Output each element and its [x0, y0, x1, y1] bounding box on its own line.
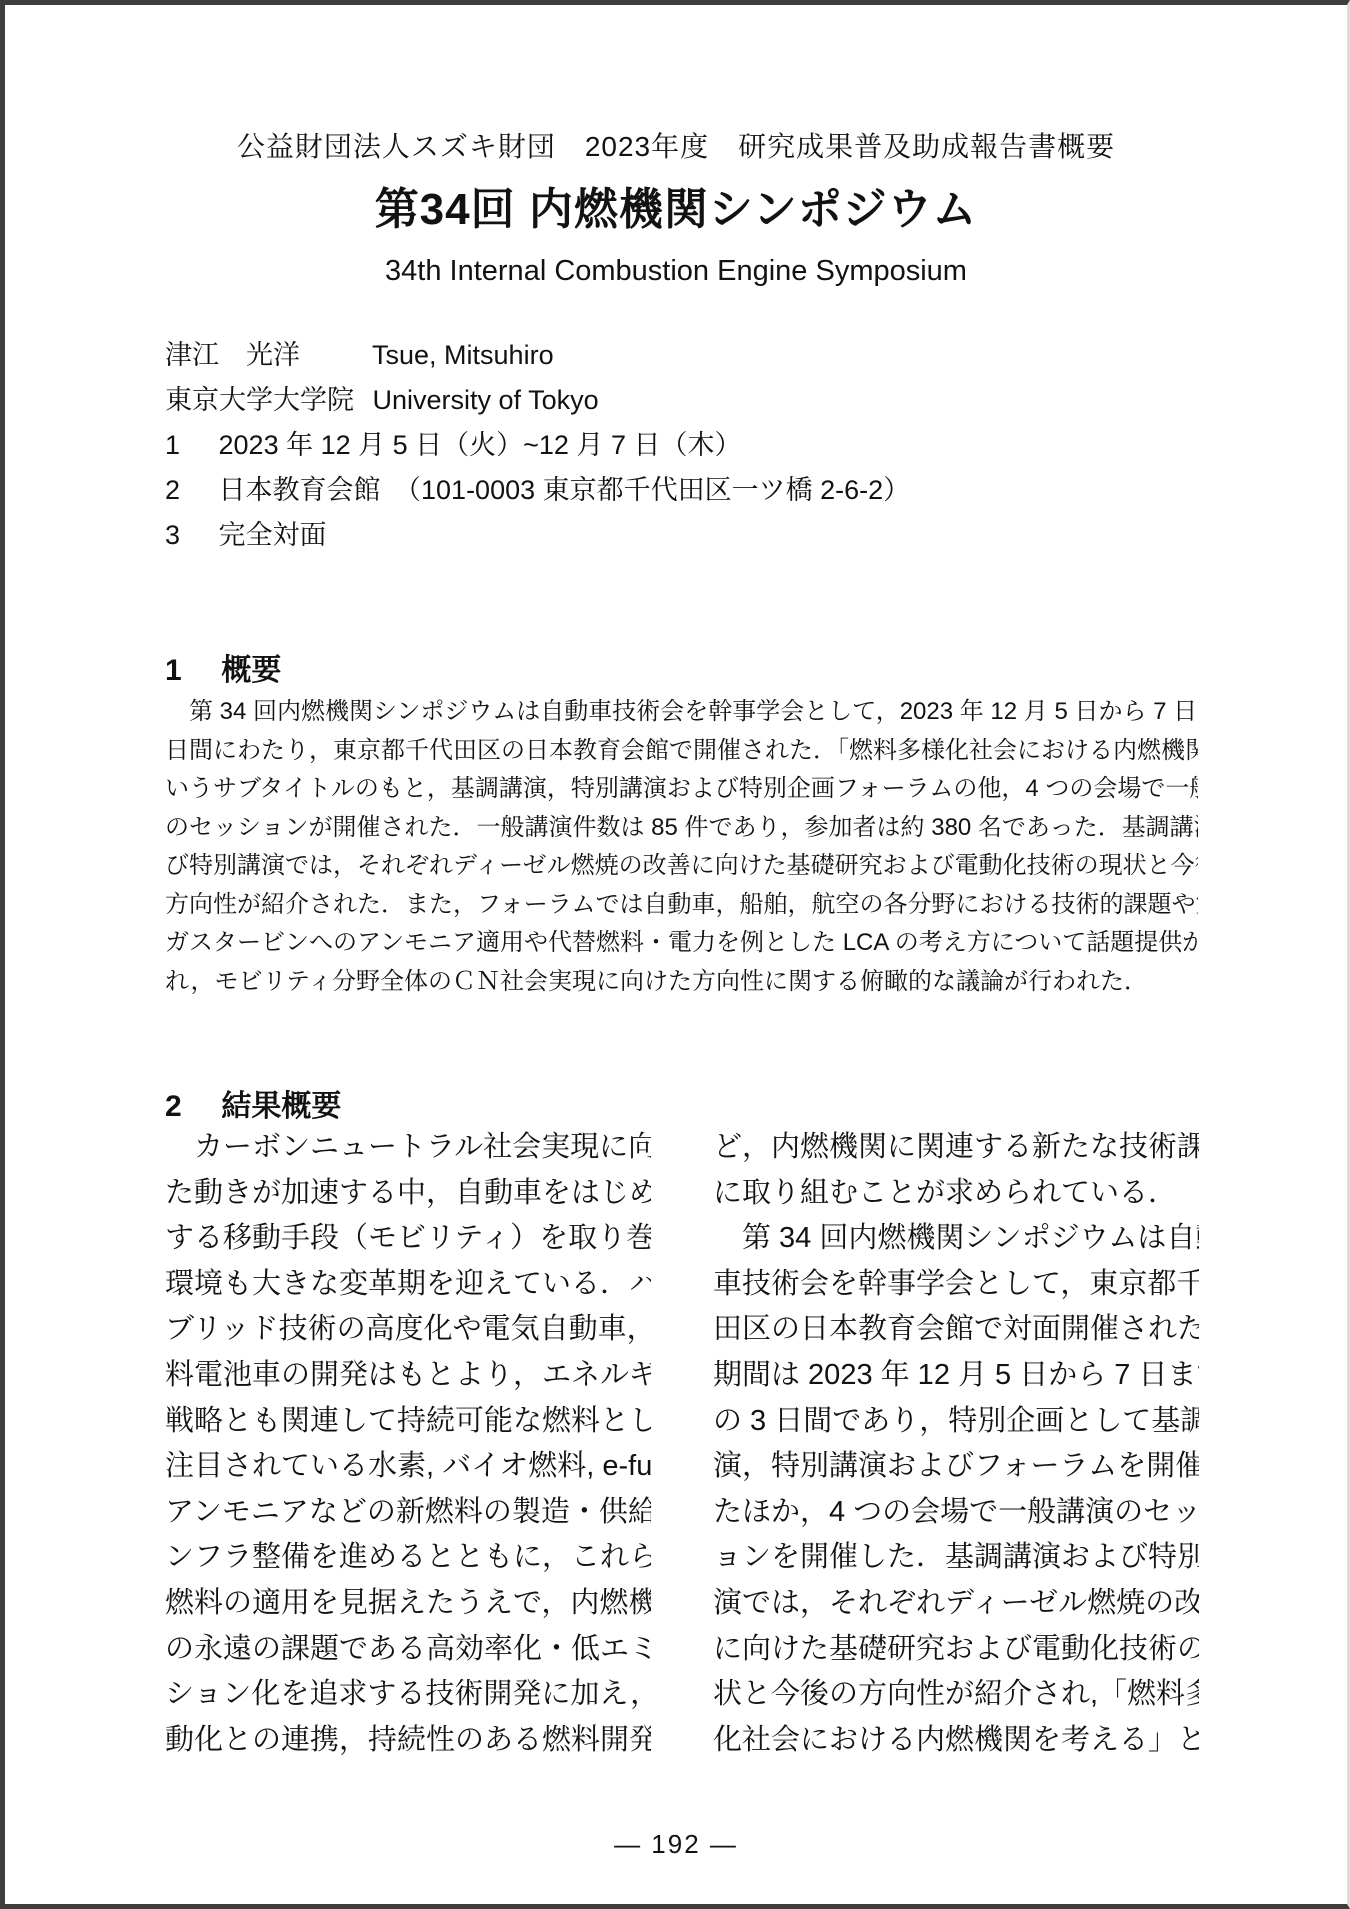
author-name-en: Tsue, Mitsuhiro [372, 340, 554, 370]
section2-title: 結果概要 [221, 1090, 341, 1123]
section1-heading: 1 概要 [165, 645, 281, 689]
text-line: ンフラ整備を進めるとともに，これら新 [165, 1535, 651, 1581]
affiliation-en: University of Tokyo [373, 385, 599, 415]
text-line: 演，特別講演およびフォーラムを開催し [713, 1444, 1199, 1490]
section1-number: 1 [165, 654, 213, 688]
text-line: ョンを開催した．基調講演および特別講 [713, 1535, 1199, 1581]
affiliation-jp: 東京大学大学院 [165, 378, 365, 423]
page-title: 第34回 内燃機関シンポジウム [5, 173, 1347, 237]
text-line: 注目されている水素, バイオ燃料, e-fuel, [165, 1444, 651, 1490]
format-row: 3 完全対面 [165, 513, 910, 558]
page-subtitle: 34th Internal Combustion Engine Symposiu… [5, 255, 1347, 288]
text-line: 車技術会を幹事学会として，東京都千代 [713, 1262, 1199, 1308]
text-line: の 3 日間であり，特別企画として基調講 [713, 1399, 1199, 1445]
text-line: 戦略とも関連して持続可能な燃料として [165, 1399, 651, 1445]
report-page: 公益財団法人スズキ財団 2023年度 研究成果普及助成報告書概要 第34回 内燃… [0, 0, 1350, 1909]
text-line: する移動手段（モビリティ）を取り巻く [165, 1216, 651, 1262]
item-number: 1 [165, 423, 211, 468]
section2-number: 2 [165, 1090, 213, 1124]
text-line: 田区の日本教育会館で対面開催された． [713, 1307, 1199, 1353]
text-line: 状と今後の方向性が紹介され,「燃料多様 [713, 1672, 1199, 1718]
text-line: ション化を追求する技術開発に加え，電 [165, 1672, 651, 1718]
text-line: 第 34 回内燃機関シンポジウムは自動車技術会を幹事学会として，2023 年 1… [165, 693, 1198, 732]
text-line: アンモニアなどの新燃料の製造・供給イ [165, 1490, 651, 1536]
text-line: た動きが加速する中，自動車をはじめと [165, 1171, 651, 1217]
affiliation-row: 東京大学大学院 University of Tokyo [165, 378, 910, 423]
series-header: 公益財団法人スズキ財団 2023年度 研究成果普及助成報告書概要 [5, 125, 1347, 165]
text-line: の永遠の課題である高効率化・低エミッ [165, 1627, 651, 1673]
venue-row: 2 日本教育会館 （101-0003 東京都千代田区一ツ橋 2-6-2） [165, 468, 910, 513]
text-line: カーボンニュートラル社会実現に向け [165, 1125, 651, 1171]
text-line: 環境も大きな変革期を迎えている．ハイ [165, 1262, 651, 1308]
event-date: 2023 年 12 月 5 日（火）~12 月 7 日（木） [219, 430, 742, 460]
event-date-row: 1 2023 年 12 月 5 日（火）~12 月 7 日（木） [165, 423, 910, 468]
text-line: 演では，それぞれディーゼル燃焼の改善 [713, 1581, 1199, 1627]
author-name-jp: 津江 光洋 [165, 333, 365, 378]
venue: 日本教育会館 （101-0003 東京都千代田区一ツ橋 2-6-2） [219, 475, 911, 505]
text-line: ガスタービンへのアンモニア適用や代替燃料・電力を例とした LCA の考え方につい… [165, 924, 1198, 963]
item-number: 3 [165, 513, 211, 558]
text-line: 燃料の適用を見据えたうえで，内燃機関 [165, 1581, 651, 1627]
text-line: いうサブタイトルのもと，基調講演，特別講演および特別企画フォーラムの他，4 つの… [165, 770, 1198, 809]
text-line: 動化との連携，持続性のある燃料開発な [165, 1718, 651, 1764]
text-line: び特別講演では，それぞれディーゼル燃焼の改善に向けた基礎研究および電動化技術の現… [165, 847, 1198, 886]
text-line: ど，内燃機関に関連する新たな技術課題 [713, 1125, 1199, 1171]
text-line: 日間にわたり，東京都千代田区の日本教育会館で開催された．「燃料多様化社会における… [165, 732, 1198, 771]
right-column: ど，内燃機関に関連する新たな技術課題 に取り組むことが求められている． 第 34… [713, 1125, 1199, 1763]
author-row: 津江 光洋 Tsue, Mitsuhiro [165, 333, 910, 378]
format: 完全対面 [219, 520, 327, 550]
section1-paragraph: 第 34 回内燃機関シンポジウムは自動車技術会を幹事学会として，2023 年 1… [165, 693, 1198, 1001]
text-line: れ，モビリティ分野全体のＣＮ社会実現に向けた方向性に関する俯瞰的な議論が行われた… [165, 963, 1198, 1002]
text-line: 料電池車の開発はもとより，エネルギー [165, 1353, 651, 1399]
text-line: 化社会における内燃機関を考える」と題 [713, 1718, 1199, 1764]
text-line: たほか，4 つの会場で一般講演のセッシ [713, 1490, 1199, 1536]
info-block: 津江 光洋 Tsue, Mitsuhiro 東京大学大学院 University… [165, 333, 910, 558]
left-column: カーボンニュートラル社会実現に向け た動きが加速する中，自動車をはじめと する移… [165, 1125, 651, 1763]
text-line: 第 34 回内燃機関シンポジウムは自動 [713, 1216, 1199, 1262]
text-line: ブリッド技術の高度化や電気自動車，燃 [165, 1307, 651, 1353]
text-line: 方向性が紹介された．また，フォーラムでは自動車，船舶，航空の各分野における技術的… [165, 886, 1198, 925]
text-line: 期間は 2023 年 12 月 5 日から 7 日まで [713, 1353, 1199, 1399]
section2-heading: 2 結果概要 [165, 1081, 341, 1125]
section1-title: 概要 [221, 654, 281, 687]
item-number: 2 [165, 468, 211, 513]
section2-columns: カーボンニュートラル社会実現に向け た動きが加速する中，自動車をはじめと する移… [165, 1125, 1198, 1763]
text-line: に向けた基礎研究および電動化技術の現 [713, 1627, 1199, 1673]
text-line: のセッションが開催された．一般講演件数は 85 件であり，参加者は約 380 名… [165, 809, 1198, 848]
text-line: に取り組むことが求められている． [713, 1171, 1199, 1217]
page-number: — 192 — [5, 1829, 1347, 1860]
